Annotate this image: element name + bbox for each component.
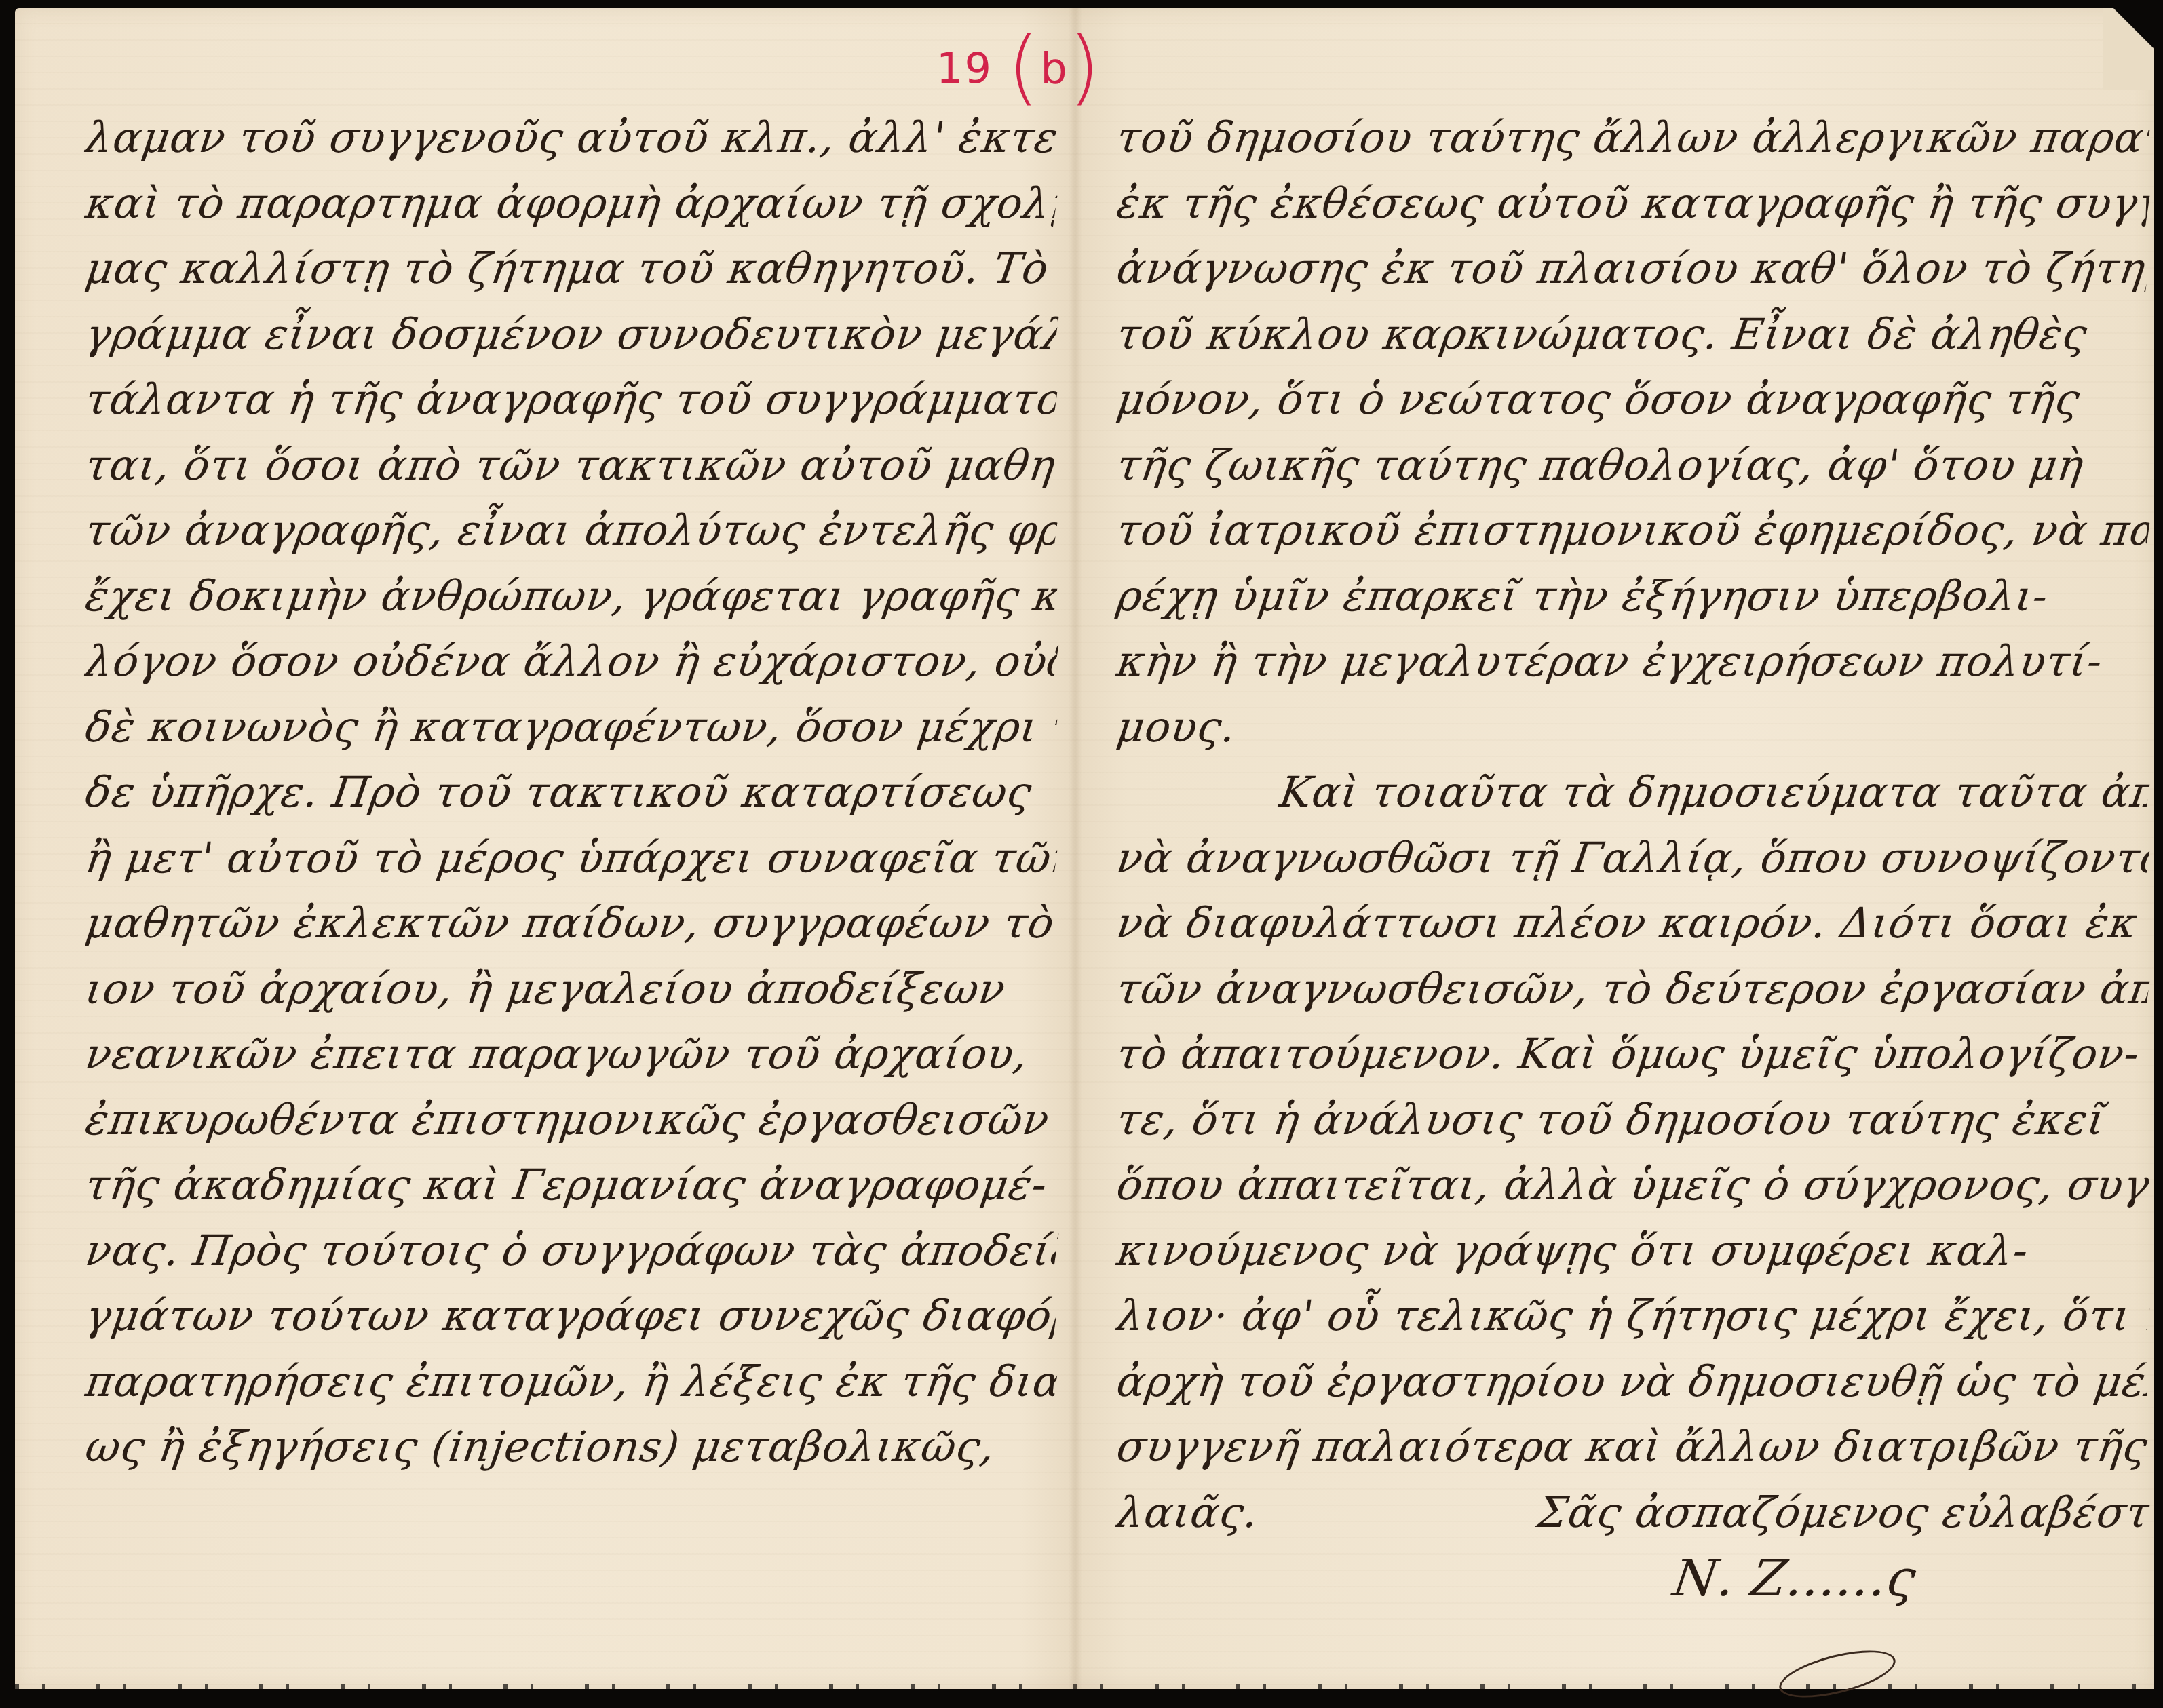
text-line: ται, ὅτι ὅσοι ἀπὸ τῶν τακτικῶν αὐτοῦ μαθ… xyxy=(81,433,1061,499)
text-line: ιον τοῦ ἀρχαίου, ἢ μεγαλείου ἀποδείξεων xyxy=(81,956,1061,1022)
right-page: τοῦ δημοσίου ταύτης ἄλλων ἀλλεργικῶν παρ… xyxy=(1113,105,2144,1611)
text-line: γμάτων τούτων καταγράφει συνεχῶς διαφόρω… xyxy=(81,1283,1061,1349)
text-line: τοῦ δημοσίου ταύτης ἄλλων ἀλλεργικῶν παρ… xyxy=(1113,105,2154,171)
text-line: ἔχει δοκιμὴν ἀνθρώπων, γράφεται γραφῆς κ… xyxy=(81,564,1061,629)
text-line: λαμαν τοῦ συγγενοῦς αὐτοῦ κλπ., ἀλλ' ἐκτ… xyxy=(81,105,1061,171)
text-line: ως ἢ ἐξηγήσεις (injections) μεταβολικῶς, xyxy=(81,1414,1061,1480)
text-line: τῆς ζωικῆς ταύτης παθολογίας, ἀφ' ὅτου μ… xyxy=(1113,433,2154,499)
folio-paren-open: ( xyxy=(1008,20,1041,115)
text-line: νὰ ἀναγνωσθῶσι τῇ Γαλλίᾳ, ὅπου συνοψίζον… xyxy=(1113,826,2154,891)
folio-suffix: b xyxy=(1040,43,1068,93)
closing-salutation: Σᾶς ἀσπαζόμενος εὐλαβέστατος xyxy=(1113,1480,2154,1546)
text-line: τοῦ κύκλου καρκινώματος. Εἶναι δὲ ἀληθὲς xyxy=(1113,302,2154,368)
text-line: λιον· ἀφ' οὗ τελικῶς ἡ ζήτησις μέχρι ἔχε… xyxy=(1113,1283,2154,1349)
text-line: ὅπου ἀπαιτεῖται, ἀλλὰ ὑμεῖς ὁ σύγχρονος,… xyxy=(1113,1152,2154,1218)
paragraph-start-line: Καὶ τοιαῦτα τὰ δημοσιεύματα ταῦτα ἀπαιτε… xyxy=(1113,760,2154,826)
folio-number: 19 (b) xyxy=(936,20,1102,115)
text-line: νὰ διαφυλάττωσι πλέον καιρόν. Διότι ὅσαι… xyxy=(1113,891,2154,956)
folio-number-value: 19 xyxy=(936,43,993,93)
text-line: μας καλλίστῃ τὸ ζήτημα τοῦ καθηγητοῦ. Τὸ xyxy=(81,236,1061,302)
text-line: νας. Πρὸς τούτοις ὁ συγγράφων τὰς ἀποδεί… xyxy=(81,1218,1061,1284)
text-line: λόγον ὅσον οὐδένα ἄλλον ἢ εὐχάριστον, οὐ… xyxy=(81,629,1061,695)
text-line: τῶν ἀναγνωσθεισῶν, τὸ δεύτερον ἐργασίαν … xyxy=(1113,956,2154,1022)
text-line: τὸ ἀπαιτούμενον. Καὶ ὅμως ὑμεῖς ὑπολογίζ… xyxy=(1113,1022,2154,1087)
text-line: ἢ μετ' αὐτοῦ τὸ μέρος ὑπάρχει συναφεῖα τ… xyxy=(81,826,1061,891)
text-line: τῆς ἀκαδημίας καὶ Γερμανίας ἀναγραφομέ- xyxy=(81,1152,1061,1218)
text-line: συγγενῆ παλαιότερα καὶ ἄλλων διατριβῶν τ… xyxy=(1113,1414,2154,1480)
page-fold-gutter xyxy=(1069,8,1082,1689)
text-line: γράμμα εἶναι δοσμένον συνοδευτικὸν μεγάλ… xyxy=(81,302,1061,368)
left-page: λαμαν τοῦ συγγενοῦς αὐτοῦ κλπ., ἀλλ' ἐκτ… xyxy=(81,105,1052,1480)
signature: Ν. Ζ......ς xyxy=(1113,1546,2154,1612)
text-line: ἀνάγνωσης ἐκ τοῦ πλαισίου καθ' ὅλον τὸ ζ… xyxy=(1113,236,2154,302)
text-line: ἀρχὴ τοῦ ἐργαστηρίου νὰ δημοσιευθῇ ὡς τὸ… xyxy=(1113,1349,2154,1415)
text-line: ἐκ τῆς ἐκθέσεως αὐτοῦ καταγραφῆς ἢ τῆς σ… xyxy=(1113,171,2154,237)
text-line: τε, ὅτι ἡ ἀνάλυσις τοῦ δημοσίου ταύτης ἐ… xyxy=(1113,1087,2154,1153)
text-line: ρέχῃ ὑμῖν ἐπαρκεῖ τὴν ἐξήγησιν ὑπερβολι- xyxy=(1113,564,2154,629)
text-line: δὲ κοινωνὸς ἢ καταγραφέντων, ὅσον μέχρι … xyxy=(81,695,1061,760)
text-line: τάλαντα ἡ τῆς ἀναγραφῆς τοῦ συγγράμματος… xyxy=(81,367,1061,433)
text-line: καὶ τὸ παραρτημα ἀφορμὴ ἀρχαίων τῇ σχολῇ xyxy=(81,171,1061,237)
text-line: τοῦ ἰατρικοῦ ἐπιστημονικοῦ ἐφημερίδος, ν… xyxy=(1113,498,2154,564)
text-line: μους. xyxy=(1113,695,2154,760)
text-line: νεανικῶν ἐπειτα παραγωγῶν τοῦ ἀρχαίου, xyxy=(81,1022,1061,1087)
folded-corner xyxy=(2103,8,2154,90)
text-line: παρατηρήσεις ἐπιτομῶν, ἢ λέξεις ἐκ τῆς δ… xyxy=(81,1349,1061,1415)
text-line: κινούμενος νὰ γράψῃς ὅτι συμφέρει καλ- xyxy=(1113,1218,2154,1284)
text-line: τῶν ἀναγραφῆς, εἶναι ἀπολύτως ἐντελῆς φρ… xyxy=(81,498,1061,564)
text-line: ἐπικυρωθέντα ἐπιστημονικῶς ἐργασθεισῶν μ… xyxy=(81,1087,1061,1153)
text-line: μαθητῶν ἐκλεκτῶν παίδων, συγγραφέων τὸ σ… xyxy=(81,891,1061,956)
text-line: κὴν ἢ τὴν μεγαλυτέραν ἐγχειρήσεων πολυτί… xyxy=(1113,629,2154,695)
text-line: δε ὑπῆρχε. Πρὸ τοῦ τακτικοῦ καταρτίσεως xyxy=(81,760,1061,826)
text-line: μόνον, ὅτι ὁ νεώτατος ὅσον ἀναγραφῆς τῆς xyxy=(1113,367,2154,433)
folio-paren-close: ) xyxy=(1069,20,1102,115)
